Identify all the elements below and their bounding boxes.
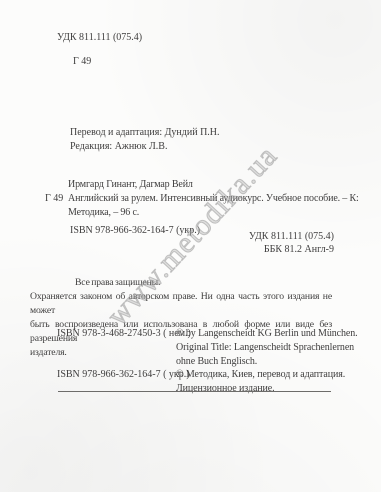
bottom-rule <box>58 391 331 392</box>
isbn-german: ISBN 978-3-468-27450-3 ( нем.) <box>57 327 191 341</box>
editing-credit: Редакция: Ажнюк Л.В. <box>70 140 220 154</box>
translation-credit: Перевод и адаптация: Дундий П.Н. <box>70 126 220 140</box>
udk-code-top: УДК 811.111 (075.4) <box>57 31 142 45</box>
isbn-ukrainian-bottom: ISBN 978-966-362-164-7 ( укр.) <box>57 368 190 382</box>
rights-line-1: Все права защищены. <box>30 276 332 290</box>
copyright-german: © by Langenscheidt KG Berlin und München… <box>176 327 370 369</box>
copyright-german-line-3: ohne Buch Englisch. <box>185 355 370 369</box>
copyright-ukrainian-line-2: Лицензионное издание. <box>185 382 370 396</box>
bbk-code-right: ББК 81.2 Англ-9 <box>249 244 334 257</box>
entry-title-line-1: Английский за рулем. Интенсивный аудиоку… <box>68 192 359 206</box>
copyright-ukrainian-line-1: © Методика, Киев, перевод и адаптация. <box>185 368 370 382</box>
entry-title-line-2: Методика, – 96 с. <box>68 206 359 220</box>
rights-line-2: Охраняется законом об авторском праве. Н… <box>30 290 332 318</box>
entry-author-mark: Г 49 <box>45 192 63 206</box>
isbn-ukrainian-top: ISBN 978-966-362-164-7 (укр.) <box>70 224 200 238</box>
bibliographic-entry: Ирмгард Гинант, Дагмар Вейл Английский з… <box>68 178 359 220</box>
entry-authors: Ирмгард Гинант, Дагмар Вейл <box>68 178 359 192</box>
udk-code-right: УДК 811.111 (075.4) <box>249 231 334 244</box>
credits-block: Перевод и адаптация: Дундий П.Н. Редакци… <box>70 126 220 154</box>
classification-codes: УДК 811.111 (075.4) ББК 81.2 Англ-9 <box>249 231 334 256</box>
author-mark-top: Г 49 <box>73 55 91 69</box>
imprint-page: УДК 811.111 (075.4) Г 49 Перевод и адапт… <box>0 0 381 492</box>
copyright-german-line-2: Original Title: Langenscheidt Sprachenle… <box>185 341 370 355</box>
copyright-german-line-1: © by Langenscheidt KG Berlin und München… <box>185 327 370 341</box>
